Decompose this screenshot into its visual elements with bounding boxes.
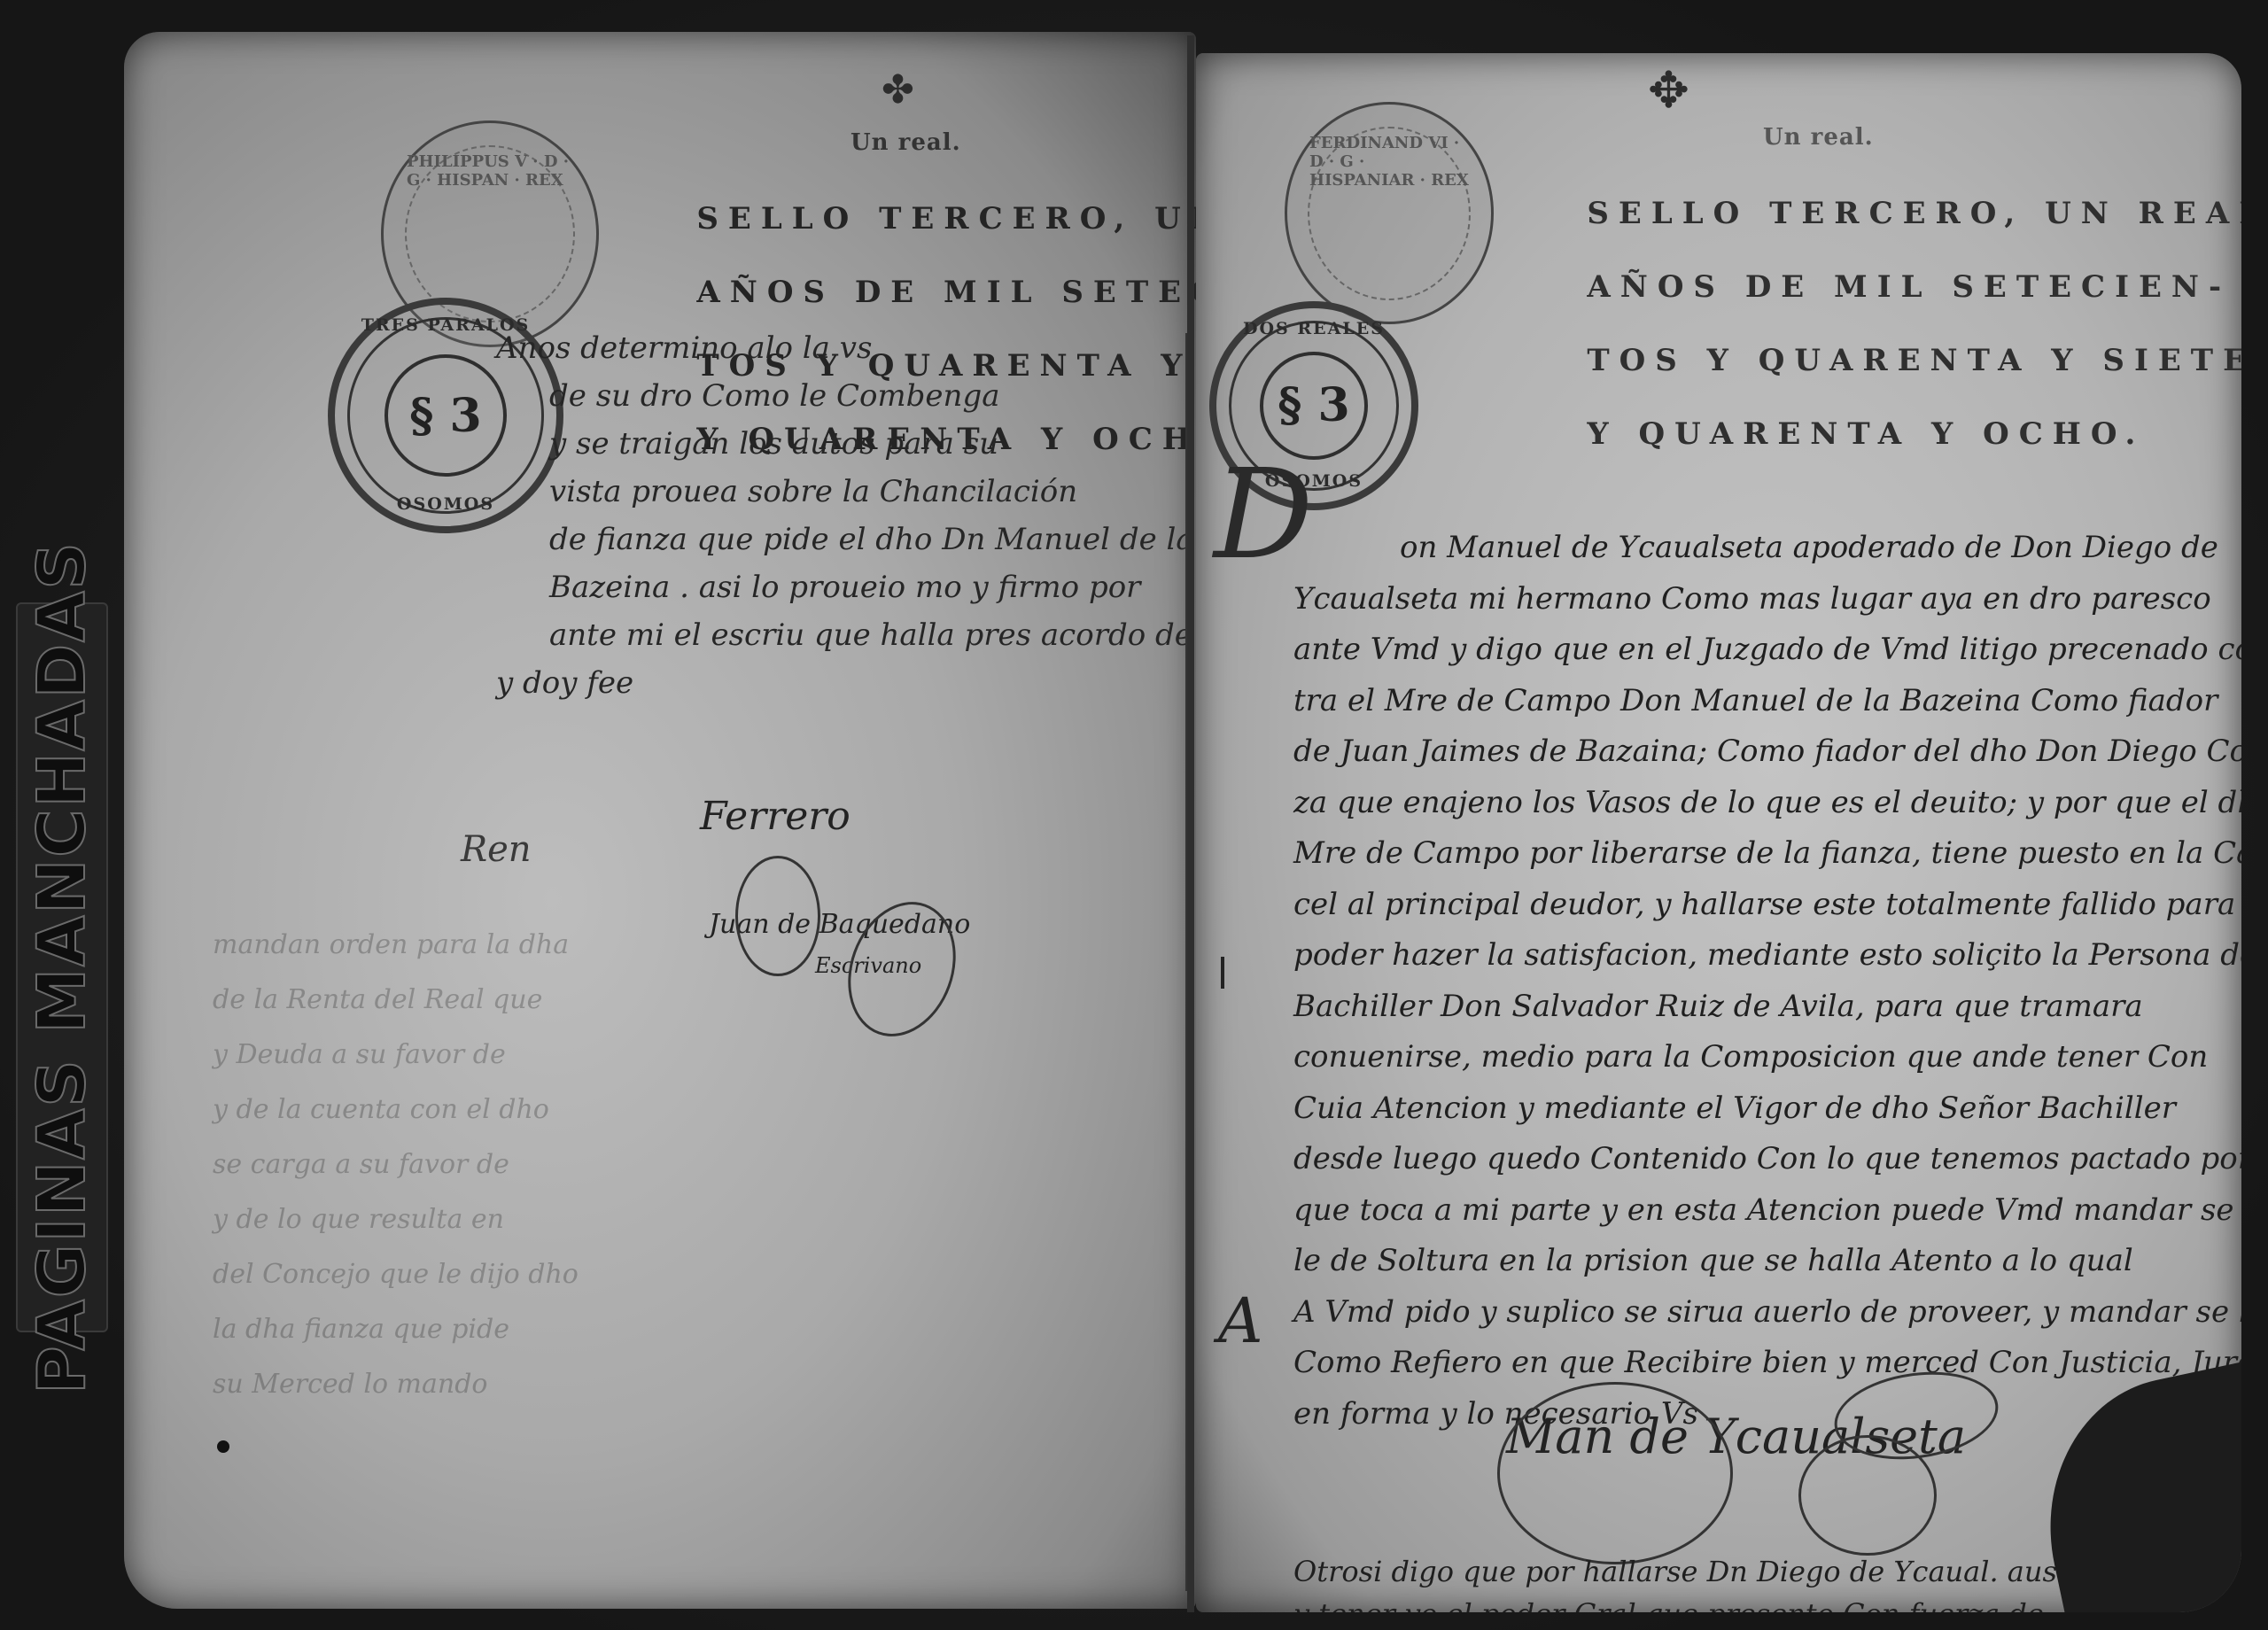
ink-blot: [217, 1440, 229, 1453]
signature-rubric-flourish: [1497, 1382, 1733, 1564]
manuscript-line: Bachiller Don Salvador Ruiz de Avila, pa…: [1293, 982, 2241, 1033]
manuscript-line: tra el Mre de Campo Don Manuel de la Baz…: [1293, 676, 2241, 727]
sello-line: SELLO TERCERO, UN REAL: [696, 201, 1196, 237]
sello-line: Y QUARENTA Y OCHO.: [1587, 416, 2145, 452]
bleed-line: y Deuda a su favor de: [213, 1028, 579, 1083]
bleed-line: y de la cuenta con el dho: [213, 1083, 579, 1137]
manuscript-line: on Manuel de Ycaualseta apoderado de Don…: [1400, 523, 2241, 574]
bleed-line: de la Renta del Real que: [213, 973, 579, 1028]
manuscript-line: Bazeina . asi lo proueio mo y firmo por: [549, 563, 1194, 611]
margin-initial-a: A: [1218, 1285, 1263, 1357]
manuscript-line: ante mi el escriu que halla pres acordo …: [549, 611, 1194, 659]
archive-tab-label: PAGINAS MANCHADAS: [16, 602, 108, 1332]
manuscript-line: desde luego quedo Contenido Con lo que t…: [1293, 1134, 2241, 1185]
side-label-text: PAGINAS MANCHADAS: [24, 540, 100, 1394]
denomination-label: Un real.: [850, 129, 961, 156]
sello-tercero-header: SELLO TERCERO, UN REAL AÑOS DE MIL SETEC…: [1506, 159, 2241, 490]
manuscript-line: de su dro Como le Combenga: [549, 372, 1194, 420]
ornament-stain-icon: ✥: [1648, 62, 1689, 120]
ink-mark: [1221, 957, 1224, 989]
sello-line: AÑOS DE MIL SETECIEN-: [1587, 269, 2231, 305]
book-gutter: [1187, 35, 1194, 1612]
left-page: ✤ Un real. SELLO TERCERO, UN REAL AÑOS D…: [124, 32, 1196, 1609]
manuscript-line: Otrosi digo que por hallarse Dn Diego de…: [1293, 1550, 2120, 1593]
bleed-through-text: mandan orden para la dha de la Renta del…: [213, 918, 579, 1412]
signature-rubric-flourish: [1798, 1435, 1937, 1556]
manuscript-line: y doy fee: [496, 659, 1194, 707]
signature-ren: Ren: [461, 829, 532, 870]
sello-line: TOS Y QUARENTA Y SIETE: [1587, 343, 2241, 378]
manuscript-line: y se traigan los autos para su: [549, 420, 1194, 468]
manuscript-line: poder hazer la satisfacion, mediante est…: [1293, 930, 2241, 982]
otrosi-clause: Otrosi digo que por hallarse Dn Diego de…: [1293, 1550, 2120, 1612]
manuscript-line: Mre de Campo por liberarse de la fianza,…: [1293, 828, 2241, 880]
royal-stamp: FERDINAND VI · D · G · HISPANIAR · REX: [1285, 102, 1494, 324]
sello-line: SELLO TERCERO, UN REAL: [1587, 196, 2241, 231]
manuscript-line: Anos determino alo la vs: [496, 324, 1194, 372]
left-handwritten-decree: Anos determino alo la vs de su dro Como …: [496, 324, 1194, 707]
bleed-line: y de lo que resulta en: [213, 1192, 579, 1247]
bleed-line: mandan orden para la dha: [213, 918, 579, 973]
sello-line: AÑOS DE MIL SETECIEN-: [696, 275, 1196, 310]
ink-blot: [2153, 1462, 2165, 1474]
denomination-label: Un real.: [1763, 124, 1874, 151]
right-page: ✥ Un real. SELLO TERCERO, UN REAL AÑOS D…: [1196, 53, 2241, 1612]
manuscript-line: de fianza que pide el dho Dn Manuel de l…: [549, 516, 1194, 563]
manuscript-line: Como Refiero en que Recibire bien y merc…: [1293, 1338, 2241, 1389]
manuscript-line: vista prouea sobre la Chancilación: [549, 468, 1194, 516]
manuscript-line: y tener yo el poder Gral que presento Co…: [1293, 1593, 2120, 1612]
royal-stamp-legend: FERDINAND VI · D · G · HISPANIAR · REX: [1308, 127, 1471, 300]
manuscript-line: cel al principal deudor, y hallarse este…: [1293, 880, 2241, 931]
petition-body-text: on Manuel de Ycaualseta apoderado de Don…: [1293, 523, 2241, 1440]
seal-top-legend: DOS REALES: [1216, 319, 1411, 338]
manuscript-line: Ycaualseta mi hermano Como mas lugar aya…: [1293, 574, 2241, 625]
manuscript-line: conuenirse, medio para la Composicion qu…: [1293, 1032, 2241, 1083]
manuscript-line: que toca a mi parte y en esta Atencion p…: [1293, 1185, 2241, 1237]
manuscript-line: le de Soltura en la prision que se halla…: [1293, 1236, 2241, 1287]
fleuron-ornament-icon: ✤: [882, 67, 914, 113]
bleed-line: la dha fianza que pide: [213, 1302, 579, 1357]
manuscript-line: de Juan Jaimes de Bazaina; Como fiador d…: [1293, 726, 2241, 778]
bleed-line: su Merced lo mando: [213, 1357, 579, 1412]
signature-ferrero: Ferrero: [700, 794, 850, 839]
manuscript-line: A Vmd pido y suplico se sirua auerlo de …: [1293, 1287, 2241, 1339]
manuscript-line: za que enajeno los Vasos de lo que es el…: [1293, 778, 2241, 829]
bleed-line: del Concejo que le dijo dho: [213, 1247, 579, 1302]
bleed-line: se carga a su favor de: [213, 1137, 579, 1192]
manuscript-line: ante Vmd y digo que en el Juzgado de Vmd…: [1293, 625, 2241, 676]
signature-rubric-flourish: [735, 856, 820, 976]
manuscript-line: Cuia Atencion y mediante el Vigor de dho…: [1293, 1083, 2241, 1135]
royal-stamp-legend: PHILIPPUS V · D · G · HISPAN · REX: [405, 145, 575, 322]
